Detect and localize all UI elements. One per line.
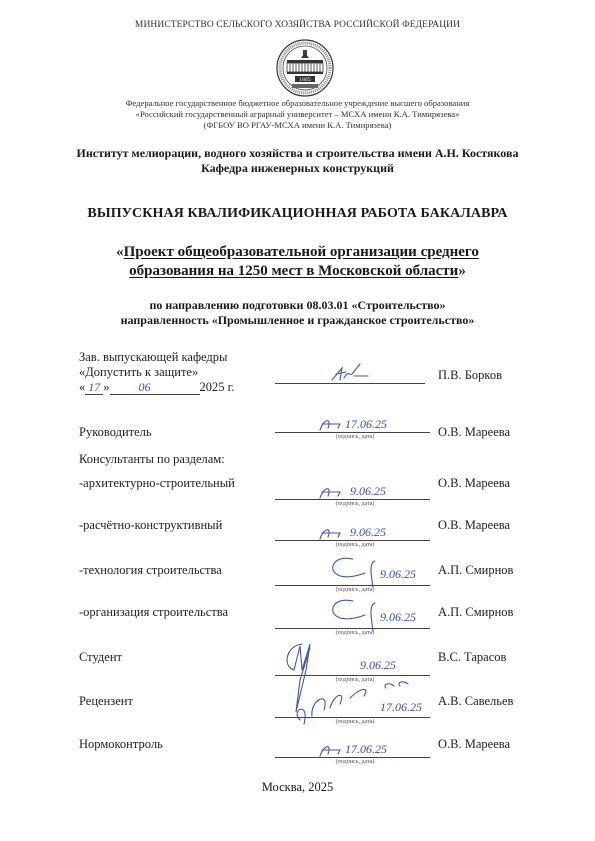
signature-date-structural: 9.06.25 xyxy=(350,525,386,540)
signature-caption: (подпись, дата) xyxy=(275,542,435,548)
name-architecture: О.В. Мареева xyxy=(438,476,510,491)
signature-line-norm-control xyxy=(275,757,430,758)
role-structural: -расчётно-конструктивный xyxy=(79,518,222,533)
signature-date-technology: 9.06.25 xyxy=(380,567,416,582)
signature-caption: (подпись, дата) xyxy=(275,434,435,440)
approval-name: П.В. Борков xyxy=(438,368,502,383)
role-norm-control: Нормоконтроль xyxy=(79,737,163,752)
name-norm-control: О.В. Мареева xyxy=(438,737,510,752)
name-supervisor: О.В. Мареева xyxy=(438,425,510,440)
signature-caption: (подпись, дата) xyxy=(275,630,435,636)
org-line-3: (ФГБОУ ВО РГАУ-МСХА имени К.А. Тимирязев… xyxy=(0,120,595,131)
org-line-2: «Российский государственный аграрный уни… xyxy=(0,109,595,120)
signature-date-student: 9.06.25 xyxy=(360,658,396,673)
signature-line-architecture xyxy=(275,499,430,500)
approval-day: 17 xyxy=(85,381,103,395)
signature-date-reviewer: 17.06.25 xyxy=(380,700,422,715)
university-seal-icon: 1865 xyxy=(275,38,335,98)
name-organization: А.П. Смирнов xyxy=(438,605,513,620)
topic-line-1: Проект общеобразовательной организации с… xyxy=(124,244,479,260)
name-student: В.С. Тарасов xyxy=(438,650,506,665)
institute-block: Институт мелиорации, водного хозяйства и… xyxy=(0,146,595,176)
profile-line: направленность «Промышленное и гражданск… xyxy=(0,313,595,328)
signature-icon-architecture xyxy=(318,484,342,500)
direction-block: по направлению подготовки 08.03.01 «Стро… xyxy=(0,298,595,328)
signature-caption: (подпись, дата) xyxy=(275,719,435,725)
signature-date-supervisor: 17.06.25 xyxy=(345,417,387,432)
org-line-1: Федеральное государственное бюджетное об… xyxy=(0,98,595,109)
approval-month: 06 xyxy=(110,381,200,395)
role-reviewer: Рецензент xyxy=(79,694,133,709)
role-technology: -технология строительства xyxy=(79,563,222,578)
signature-date-architecture: 9.06.25 xyxy=(350,484,386,499)
consultants-heading: Консультанты по разделам: xyxy=(79,452,225,467)
approval-block: Зав. выпускающей кафедры «Допустить к за… xyxy=(79,350,234,395)
signature-caption: (подпись, дата) xyxy=(275,759,435,765)
svg-text:1865: 1865 xyxy=(299,77,311,83)
role-student: Студент xyxy=(79,650,122,665)
thesis-topic: «Проект общеобразовательной организации … xyxy=(0,243,595,281)
signature-caption: (подпись, дата) xyxy=(275,501,435,507)
approval-line-1: Зав. выпускающей кафедры xyxy=(79,350,234,365)
quote-open: « xyxy=(116,244,124,260)
ministry-heading: МИНИСТЕРСТВО СЕЛЬСКОГО ХОЗЯЙСТВА РОССИЙС… xyxy=(0,20,595,30)
direction-line: по направлению подготовки 08.03.01 «Стро… xyxy=(0,298,595,313)
name-technology: А.П. Смирнов xyxy=(438,563,513,578)
approval-date: «17»062025 г. xyxy=(79,380,234,395)
signature-icon-supervisor xyxy=(318,416,342,432)
organization-block: Федеральное государственное бюджетное об… xyxy=(0,98,595,131)
signature-caption: (подпись, дата) xyxy=(275,587,435,593)
signature-line-supervisor xyxy=(275,432,430,433)
work-type-heading: ВЫПУСКНАЯ КВАЛИФИКАЦИОННАЯ РАБОТА БАКАЛА… xyxy=(0,206,595,222)
institute-name: Институт мелиорации, водного хозяйства и… xyxy=(0,146,595,161)
department-name: Кафедра инженерных конструкций xyxy=(0,161,595,176)
approval-signature-icon xyxy=(330,362,370,384)
role-organization: -организация строительства xyxy=(79,605,228,620)
name-structural: О.В. Мареева xyxy=(438,518,510,533)
signature-date-norm-control: 17.06.25 xyxy=(345,742,387,757)
approval-year: 2025 г. xyxy=(200,380,235,394)
approval-line-2: «Допустить к защите» xyxy=(79,365,234,380)
role-supervisor: Руководитель xyxy=(79,425,152,440)
signature-line-structural xyxy=(275,540,430,541)
signature-icon-norm-control xyxy=(318,742,342,758)
place-year: Москва, 2025 xyxy=(0,780,595,795)
role-architecture: -архитектурно-строительный xyxy=(79,476,235,491)
quote-close: » xyxy=(458,263,466,279)
name-reviewer: А.В. Савельев xyxy=(438,694,513,709)
topic-line-2: образования на 1250 мест в Московской об… xyxy=(129,263,458,279)
signature-date-organization: 9.06.25 xyxy=(380,610,416,625)
signature-icon-structural xyxy=(318,525,342,541)
